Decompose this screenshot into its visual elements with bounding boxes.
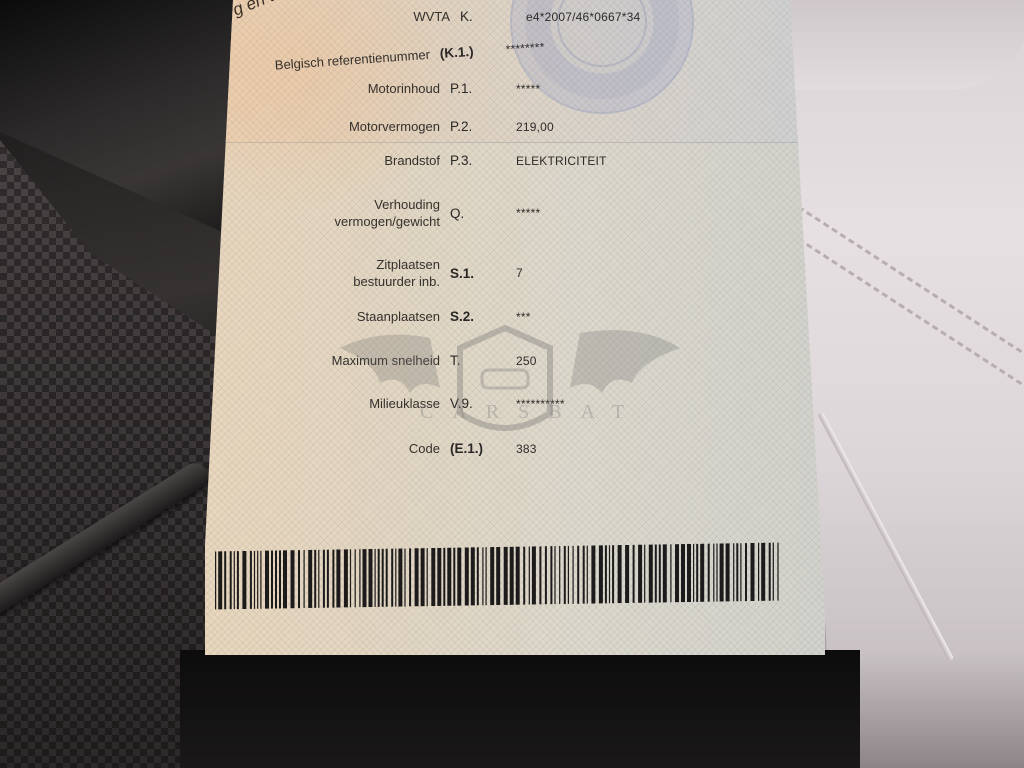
field-value: ******** xyxy=(505,39,545,56)
field-row: BrandstofP.3.ELEKTRICITEIT xyxy=(205,152,607,169)
bat-wings-icon xyxy=(320,318,700,448)
field-code: V.9. xyxy=(440,396,516,411)
field-code: P.2. xyxy=(440,119,516,134)
field-value: 383 xyxy=(516,442,537,456)
field-value: 250 xyxy=(516,354,537,368)
field-row: MotorvermogenP.2.219,00 xyxy=(205,118,554,135)
field-value: 7 xyxy=(516,266,523,280)
field-label: Brandstof xyxy=(205,152,440,169)
registration-document: g en te WVTAK.e4*2007/46*0667*34Belgisch… xyxy=(205,0,825,655)
field-value: ELEKTRICITEIT xyxy=(516,154,607,168)
field-code: Q. xyxy=(440,206,516,221)
field-code: S.1. xyxy=(440,266,516,281)
field-label: Motorvermogen xyxy=(205,118,440,135)
barcode xyxy=(213,541,783,612)
field-label: Milieuklasse xyxy=(205,395,440,412)
field-label: WVTA xyxy=(215,8,450,25)
field-label: Verhoudingvermogen/gewicht xyxy=(205,196,440,230)
field-label: Zitplaatsenbestuurder inb. xyxy=(205,256,440,290)
field-code: K. xyxy=(450,9,526,24)
shadow-area xyxy=(180,650,860,768)
field-label: Maximum snelheid xyxy=(205,352,440,369)
field-row: Maximum snelheidT.250 xyxy=(205,352,537,369)
field-label-line: vermogen/gewicht xyxy=(205,213,440,230)
field-value: ***** xyxy=(516,82,540,96)
field-value: ********** xyxy=(516,397,565,411)
field-value: *** xyxy=(516,310,531,324)
field-row: Verhoudingvermogen/gewichtQ.***** xyxy=(205,196,540,230)
field-row: Zitplaatsenbestuurder inb.S.1.7 xyxy=(205,256,523,290)
photo-scene: g en te WVTAK.e4*2007/46*0667*34Belgisch… xyxy=(0,0,1024,768)
leather-fold xyxy=(790,0,1024,90)
field-code: T. xyxy=(440,353,516,368)
field-row: WVTAK.e4*2007/46*0667*34 xyxy=(215,8,640,25)
field-label-line: Verhouding xyxy=(205,196,440,213)
field-row: Code(E.1.)383 xyxy=(205,440,537,457)
field-row: MilieuklasseV.9.********** xyxy=(205,395,565,412)
field-value: ***** xyxy=(516,206,540,220)
field-row: StaanplaatsenS.2.*** xyxy=(205,308,531,325)
field-row: MotorinhoudP.1.***** xyxy=(205,80,540,97)
field-label-line: bestuurder inb. xyxy=(205,273,440,290)
carsbat-watermark: CARSBAT xyxy=(320,318,700,448)
field-value: 219,00 xyxy=(516,120,554,134)
field-code: P.3. xyxy=(440,153,516,168)
field-label: Staanplaatsen xyxy=(205,308,440,325)
field-code: (E.1.) xyxy=(440,441,516,456)
field-value: e4*2007/46*0667*34 xyxy=(526,10,640,24)
field-code: P.1. xyxy=(440,81,516,96)
field-code: S.2. xyxy=(440,309,516,324)
field-label: Motorinhoud xyxy=(205,80,440,97)
field-label-line: Zitplaatsen xyxy=(205,256,440,273)
field-label: Code xyxy=(205,440,440,457)
barcode-icon xyxy=(213,541,783,612)
